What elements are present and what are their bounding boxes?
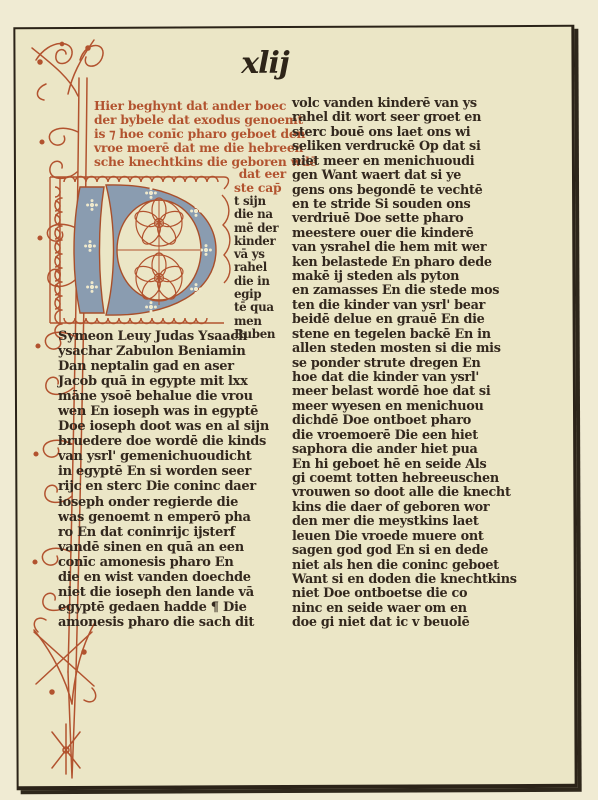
text-line: se ponder strute dregen En <box>292 357 550 371</box>
folio-number: xlij <box>210 46 320 81</box>
text-line: Want si en doden die knechtkins <box>292 573 550 587</box>
text-line: sterc bouē ons laet ons wi <box>292 126 550 140</box>
text-line: verdriuē Doe sette pharo <box>292 212 550 226</box>
text-line: die na <box>234 208 290 221</box>
left-column-narrow-lines: t sijndie namē derkindervā ysraheldie in… <box>234 195 290 341</box>
text-line: van ysrl' gemenichuoudicht <box>58 449 292 464</box>
text-line: egip <box>234 288 290 301</box>
text-line: van ysrahel die hem mit wer <box>292 241 550 255</box>
text-line: Doe ioseph doot was en al sijn <box>58 419 292 434</box>
text-line: die vroemoerē Die een hiet <box>292 429 550 443</box>
text-line: allen steden mosten si die mis <box>292 342 550 356</box>
text-line: vandē sinen en quā an een <box>58 540 292 555</box>
text-line: niet die ioseph den lande vā <box>58 585 292 600</box>
text-line: meer belast wordē hoe dat si <box>292 385 550 399</box>
text-line: ninc en seide waer om en <box>292 602 550 616</box>
facsimile-photo: xlij <box>0 0 598 800</box>
text-line: en zamasses En die stede mos <box>292 284 550 298</box>
text-line: dichdē Doe ontboet pharo <box>292 414 550 428</box>
text-line: ro En dat coninrijc ijsterf <box>58 525 292 540</box>
text-line: niet Doe ontboetse die co <box>292 587 550 601</box>
rubric-line: is ⁊ hoe conīc pharo geboet den <box>94 127 292 141</box>
text-line: bruedere doe wordē die kinds <box>58 434 292 449</box>
text-line: rijc en sterc Die coninc daer <box>58 479 292 494</box>
text-line: ysachar Zabulon Beniamin <box>58 344 292 359</box>
text-line: den mer die meystkins laet <box>292 515 550 529</box>
left-column-text: Symeon Leuy Judas Ysaachysachar Zabulon … <box>58 329 292 630</box>
text-line: kinder <box>234 235 290 248</box>
text-line: men <box>234 315 290 328</box>
text-line: rahel <box>234 261 290 274</box>
text-line: beidē delue en grauē En die <box>292 313 550 327</box>
text-line: seliken verdruckē Op dat si <box>292 140 550 154</box>
text-line: conīc amonesis pharo En <box>58 555 292 570</box>
text-line: egyptē gedaen hadde ¶ Die <box>58 600 292 615</box>
right-column-text: volc vanden kinderē van ysrahel dit wort… <box>292 97 550 631</box>
text-line: māne ysoē behalue die vrou <box>58 389 292 404</box>
text-line: die en wist vanden doechde <box>58 570 292 585</box>
text-line: mē der <box>234 222 290 235</box>
text-line: doe gi niet dat ic v beuolē <box>292 616 550 630</box>
text-line: gi coemt totten hebreeuschen <box>292 472 550 486</box>
text-line: vā ys <box>234 248 290 261</box>
text-line: niet als hen die coninc geboet <box>292 559 550 573</box>
text-line: hoe dat die kinder van ysrl' <box>292 371 550 385</box>
text-line: t sijn <box>234 195 290 208</box>
text-line: leuen Die vroede muere ont <box>292 530 550 544</box>
rubric-block: Hier beghynt dat ander boecder bybele da… <box>94 99 292 169</box>
rubric-line: der bybele dat exodus genoemt <box>94 113 292 127</box>
text-line: Dan neptalin gad en aser <box>58 359 292 374</box>
rubric-line: Hier beghynt dat ander boec <box>94 99 292 113</box>
text-line: meer wyesen en menichuou <box>292 400 550 414</box>
text-line: stene en tegelen backē En in <box>292 328 550 342</box>
illuminated-initial-d: D <box>46 171 232 329</box>
text-line: die in <box>234 275 290 288</box>
text-line: vrouwen so doot alle die knecht <box>292 486 550 500</box>
text-line: wen En ioseph was in egyptē <box>58 404 292 419</box>
text-line: en te stride Si souden ons <box>292 198 550 212</box>
rubric-line: vroe moerē dat me die hebreen <box>94 141 292 155</box>
text-line: makē ij steden als pyton <box>292 270 550 284</box>
rubric-catchword-1: dat eer <box>228 166 286 181</box>
text-line: rahel dit wort seer groet en <box>292 111 550 125</box>
text-line: En hi geboet hē en seide Als <box>292 458 550 472</box>
text-line: sagen god god En si en dede <box>292 544 550 558</box>
text-line: was genoemt n emperō pha <box>58 510 292 525</box>
text-line: kins die daer of geboren wor <box>292 501 550 515</box>
text-line: gen Want waert dat si ye <box>292 169 550 183</box>
text-line: ioseph onder regierde die <box>58 495 292 510</box>
text-line: gens ons begondē te vechtē <box>292 184 550 198</box>
text-line: niet meer en menichuoudi <box>292 155 550 169</box>
text-line: tē qua <box>234 301 290 314</box>
text-line: meestere ouer die kinderē <box>292 227 550 241</box>
text-line: saphora die ander hiet pua <box>292 443 550 457</box>
text-line: Symeon Leuy Judas Ysaach <box>58 329 292 344</box>
text-line: ken belastede En pharo dede <box>292 256 550 270</box>
rubric-catchword-2: ste cap̄ <box>234 180 292 195</box>
text-line: in egyptē En si worden seer <box>58 464 292 479</box>
text-line: amonesis pharo die sach dit <box>58 615 292 630</box>
text-line: Jacob quā in egypte mit lxx <box>58 374 292 389</box>
text-line: ten die kinder van ysrl' bear <box>292 299 550 313</box>
text-line: volc vanden kinderē van ys <box>292 97 550 111</box>
